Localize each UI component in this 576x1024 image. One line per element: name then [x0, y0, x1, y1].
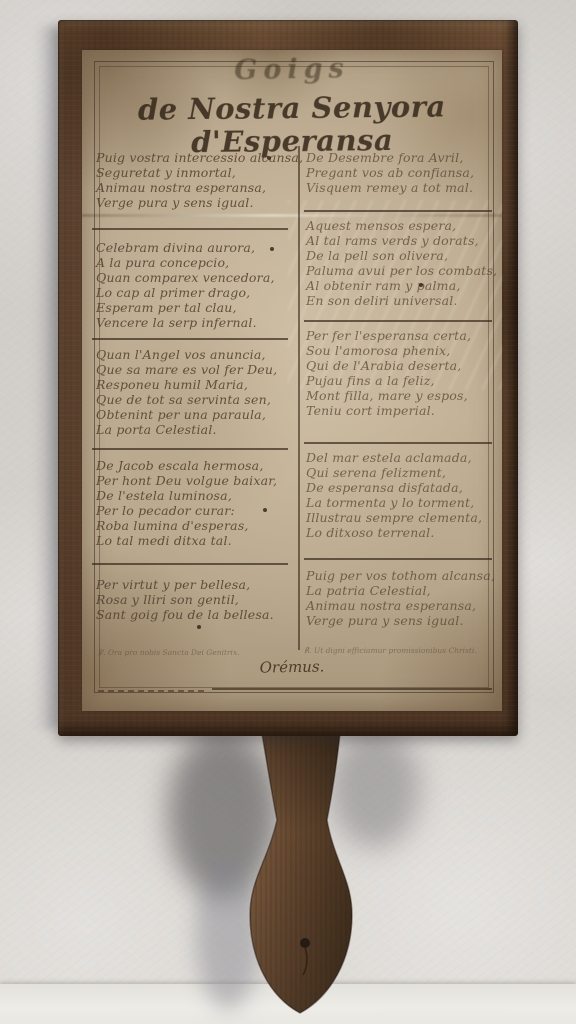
verse-line: Paluma avui per los combats, [306, 263, 497, 278]
verse-line: Lo cap al primer drago, [96, 285, 275, 300]
verse-line: Sant goig fou de la bellesa. [96, 607, 274, 622]
stanza-right-2: Aquest mensos espera,Al tal rams verds y… [306, 218, 497, 308]
stanza-left-5: Per virtut y per bellesa,Rosa y lliri so… [96, 577, 274, 622]
ink-speck [197, 625, 201, 629]
verse-line: Per lo pecador curar: [96, 503, 277, 518]
nail-hole [300, 938, 310, 948]
verse-line: En son deliri universal. [306, 293, 497, 308]
verse-line: Al tal rams verds y dorats, [306, 233, 497, 248]
verse-line: De Jacob escala hermosa, [96, 458, 277, 473]
verse-line: Visquem remey a tot mal. [306, 180, 474, 195]
handle-grain [250, 734, 352, 1013]
verse-line: Pujau fins a la feliz, [306, 373, 471, 388]
verse-line: Al obtenir ram y palma, [306, 278, 497, 293]
verse-line: Seguretat y inmortal, [96, 165, 303, 180]
verse-line: Del mar estela aclamada, [306, 450, 482, 465]
verse-line: Rosa y lliri son gentil, [96, 592, 274, 607]
ink-speck [419, 283, 423, 287]
verse-line: Responeu humil Maria, [96, 377, 277, 392]
verse-line: A la pura concepcio, [96, 255, 275, 270]
versicle-left: ℣. Ora pro nobis Sancta Dei Genitrix. [98, 648, 240, 657]
oremus-label: Orémus. [232, 657, 352, 677]
verse-line: Obtenint per una paraula, [96, 407, 277, 422]
verse-line: Animau nostra esperansa, [306, 598, 495, 613]
stanza-right-5: Puig per vos tothom alcansa,La patria Ce… [306, 568, 495, 628]
verse-line: Celebram divina aurora, [96, 240, 275, 255]
verse-line: Verge pura y sens igual. [96, 195, 303, 210]
verse-line: La porta Celestial. [96, 422, 277, 437]
ink-speck [270, 247, 274, 251]
verse-line: Quan comparex vencedora, [96, 270, 275, 285]
verse-line: Qui de l'Arabia deserta, [306, 358, 471, 373]
verse-line: De Desembre fora Avril, [306, 150, 474, 165]
verse-line: Illustrau sempre clementa, [306, 510, 482, 525]
verse-line: Esperam per tal clau, [96, 300, 275, 315]
verse-line: Animau nostra esperansa, [96, 180, 303, 195]
verse-line: Puig vostra intercessio alcansa, [96, 150, 303, 165]
verse-line: Que de tot sa servinta sen, [96, 392, 277, 407]
bottom-rule-solid [212, 688, 492, 690]
verse-line: Quan l'Angel vos anuncia, [96, 347, 277, 362]
ink-speck [267, 156, 271, 160]
verse-line: Lo tal medi ditxa tal. [96, 533, 277, 548]
verse-line: Pregant vos ab confiansa, [306, 165, 474, 180]
verse-line: Vencere la serp infernal. [96, 315, 275, 330]
verse-line: Verge pura y sens igual. [306, 613, 495, 628]
stanza-separator-rule [92, 228, 288, 230]
stanza-right-3: Per fer l'esperansa certa,Sou l'amorosa … [306, 328, 471, 418]
verse-line: Lo ditxoso terrenal. [306, 525, 482, 540]
verse-line: Roba lumina d'esperas, [96, 518, 277, 533]
verse-line: De la pell son olivera, [306, 248, 497, 263]
verse-line: Puig per vos tothom alcansa, [306, 568, 495, 583]
stanza-left-3: Quan l'Angel vos anuncia,Que sa mare es … [96, 347, 277, 437]
stanza-separator-rule [304, 320, 492, 322]
stanza-separator-rule [304, 558, 492, 560]
column-divider-line [298, 146, 300, 650]
stanza-separator-rule [304, 442, 492, 444]
stanza-separator-rule [92, 338, 288, 340]
verse-line: Aquest mensos espera, [306, 218, 497, 233]
verse-line: Que sa mare es vol fer Deu, [96, 362, 277, 377]
bottom-rule-dashed [98, 690, 204, 692]
stanza-separator-rule [92, 448, 288, 450]
stanza-separator-rule [92, 563, 288, 565]
stanza-left-4: De Jacob escala hermosa,Per hont Deu vol… [96, 458, 277, 548]
verse-line: La tormenta y lo torment, [306, 495, 482, 510]
photo-scene: Goigs de Nostra Senyora d'Esperansa Puig… [0, 0, 576, 1024]
stanza-right-1: De Desembre fora Avril,Pregant vos ab co… [306, 150, 474, 195]
stanza-left-2: Celebram divina aurora,A la pura concepc… [96, 240, 275, 330]
wooden-board: Goigs de Nostra Senyora d'Esperansa Puig… [58, 20, 518, 736]
versicle-right: ℟. Ut digni efficiamur promissionibus Ch… [304, 646, 477, 655]
ink-speck [263, 508, 267, 512]
verse-line: De l'estela luminosa, [96, 488, 277, 503]
verse-line: Teniu cort imperial. [306, 403, 471, 418]
verse-line: Mont filla, mare y espos, [306, 388, 471, 403]
verse-line: Sou l'amorosa phenix, [306, 343, 471, 358]
verse-line: Per virtut y per bellesa, [96, 577, 274, 592]
paddle-handle [230, 734, 370, 1020]
verse-line: Per fer l'esperansa certa, [306, 328, 471, 343]
verse-line: Qui serena felizment, [306, 465, 482, 480]
verse-line: La patria Celestial, [306, 583, 495, 598]
stanza-left-1: Puig vostra intercessio alcansa,Segureta… [96, 150, 303, 210]
verse-line: Per hont Deu volgue baixar, [96, 473, 277, 488]
stanza-right-4: Del mar estela aclamada,Qui serena feliz… [306, 450, 482, 540]
stanza-separator-rule [304, 210, 492, 212]
goigs-sheet: Goigs de Nostra Senyora d'Esperansa Puig… [82, 50, 502, 711]
verse-line: De esperansa disfatada, [306, 480, 482, 495]
